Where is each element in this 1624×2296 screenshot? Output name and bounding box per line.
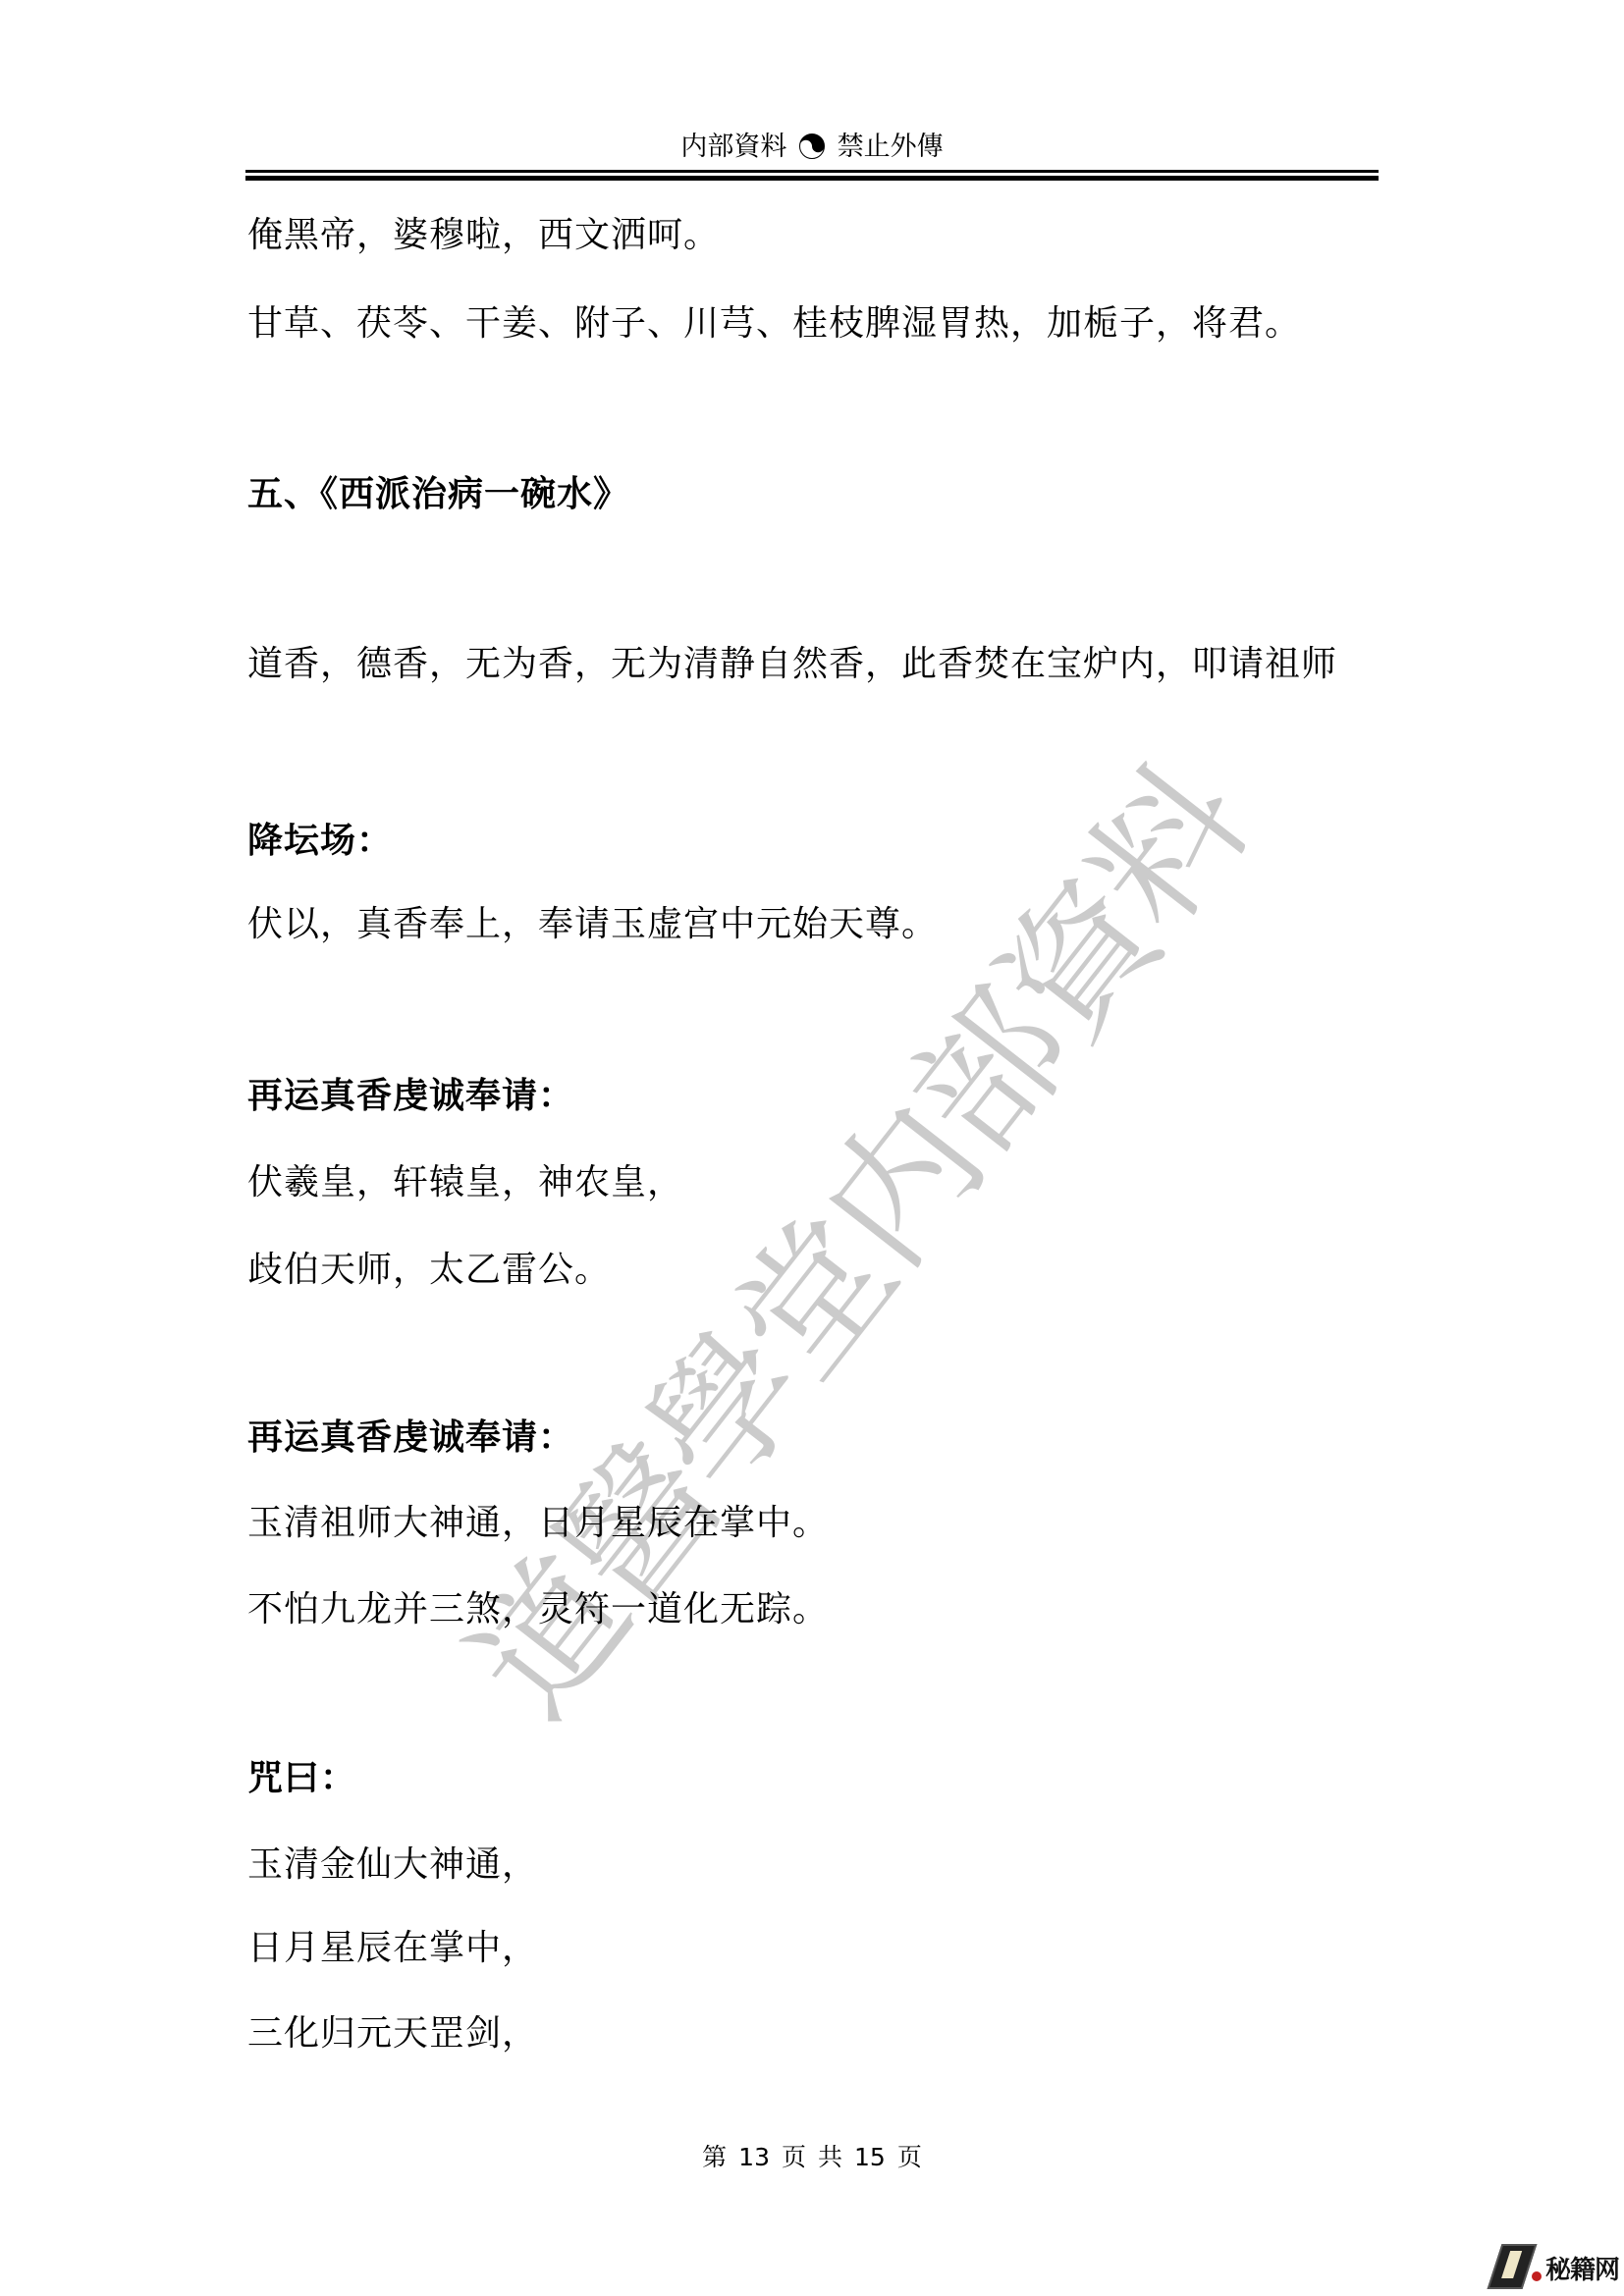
text-line: 道香，德香，无为香，无为清静自然香，此香焚在宝炉内，叩请祖师 (247, 643, 1337, 686)
text-line: 三化归元天罡剑， (247, 2012, 538, 2056)
book-icon (1488, 2244, 1538, 2289)
page-header: 内部資料 禁止外傳 (245, 126, 1379, 185)
book-label (1501, 2251, 1522, 2278)
text-line: 伏羲皇，轩辕皇，神农皇， (247, 1161, 683, 1204)
header-rule-thick (245, 176, 1379, 181)
header-rule-thin (245, 170, 1379, 173)
site-logo: 秘籍网 (1494, 2244, 1622, 2287)
yin-yang-icon (799, 133, 825, 159)
text-line: 歧伯天师，太乙雷公。 (247, 1249, 611, 1292)
text-line: 伏以，真香奉上，奉请玉虚宫中元始天尊。 (247, 903, 938, 946)
header-title: 内部資料 禁止外傳 (245, 132, 1379, 163)
footer-total-prefix: 共 (818, 2143, 842, 2171)
header-right-text: 禁止外傳 (838, 132, 944, 162)
total-pages-number: 15 (854, 2143, 886, 2171)
footer-page-label: 页 (782, 2143, 806, 2171)
page-footer: 第13页共15页 (0, 2138, 1624, 2173)
text-line: 俺黑帝，婆穆啦，西文洒呵。 (247, 214, 720, 257)
text-line: 玉清金仙大神通， (247, 1843, 538, 1887)
subheading: 再运真香虔诚奉请： (247, 1416, 574, 1460)
text-line: 玉清祖师大神通，日月星辰在掌中。 (247, 1502, 829, 1545)
subheading: 咒曰： (247, 1757, 356, 1800)
current-page-number: 13 (738, 2143, 770, 2171)
header-left-text: 内部資料 (680, 132, 786, 162)
text-line: 甘草、茯苓、干姜、附子、川芎、桂枝脾湿胃热，加栀子，将君。 (247, 302, 1301, 346)
text-line: 日月星辰在掌中， (247, 1927, 538, 1970)
subheading: 降坛场： (247, 820, 393, 863)
footer-suffix: 页 (897, 2143, 922, 2171)
red-seal-icon (1532, 2271, 1542, 2281)
text-line: 不怕九龙并三煞，灵符一道化无踪。 (247, 1588, 829, 1631)
footer-prefix: 第 (702, 2143, 727, 2171)
section-heading: 五、《西派治病一碗水》 (247, 473, 629, 516)
subheading: 再运真香虔诚奉请： (247, 1075, 574, 1118)
logo-text: 秘籍网 (1545, 2250, 1619, 2286)
